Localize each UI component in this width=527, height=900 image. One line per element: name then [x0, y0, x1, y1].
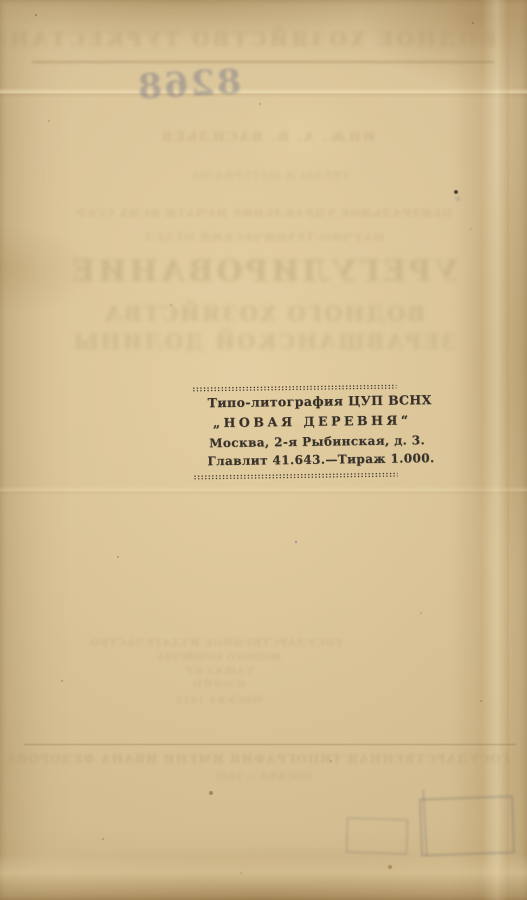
paper-specks	[0, 0, 2, 2]
bleedthrough-mid-line-2: ВОДНОГО ХОЗЯЙСТВА	[96, 653, 342, 663]
imprint-dotted-rule-bottom: ::::::::::::::::::::::::::::::::::::::::…	[194, 470, 398, 481]
bleedthrough-bottom-line-2: МОСКВА — 1925	[178, 772, 350, 783]
bleedthrough-bottom-line-1: ГОСУДАРСТВЕННАЯ ТИПОГРАФИЯ ИМЕНИ ИВАНА Ф…	[26, 752, 510, 766]
bleedthrough-author-line: ИНЖ. А. В. ВАСИЛЬЕВ	[115, 130, 420, 145]
bleedthrough-mid-line-3: ТАШКЕНТ	[96, 667, 342, 677]
bleedthrough-bottom-rule	[24, 744, 516, 745]
pencil-rectangle-mark-2	[345, 817, 408, 855]
paper-crease-top	[0, 88, 527, 98]
scanned-book-page: ВОДНОЕ ХОЗЯЙСТВО ТУРКЕСТАНА 8268 ИНЖ. А.…	[0, 0, 527, 900]
bleedthrough-title-line-2: ВОДНОГО ХОЗЯЙСТВА	[62, 301, 466, 326]
bleedthrough-top-rule	[32, 61, 494, 63]
imprint-printer-name: Типо-литография ЦУП ВСНХ	[192, 393, 396, 411]
paper-shadow-bottom	[0, 854, 527, 900]
bleedthrough-mid-line-5: МОСКВА 1925	[96, 696, 342, 706]
printer-imprint-block: ::::::::::::::::::::::::::::::::::::::::…	[192, 382, 397, 481]
imprint-dotted-rule-top: ::::::::::::::::::::::::::::::::::::::::…	[192, 382, 396, 393]
imprint-press-name: „НОВАЯ ДЕРЕВНЯ“	[193, 413, 397, 431]
bleedthrough-publisher-block: ГОСУДАРСТВЕННОЕ ИЗДАТЕЛЬСТВО ВОДНОГО ХОЗ…	[96, 638, 342, 706]
paper-fold-right	[449, 0, 509, 900]
bleedthrough-mid-line-4: (САОГИЗ)	[96, 680, 342, 690]
bleedthrough-series-line-1: ЦЕНТРАЛЬНОЕ УПРАВЛЕНИЕ ПЕЧАТИ ВСНХ СССР	[58, 207, 470, 220]
bleedthrough-top-header: ВОДНОЕ ХОЗЯЙСТВО ТУРКЕСТАНА	[30, 27, 497, 51]
library-stamp-showthrough: 8268	[125, 61, 252, 108]
bleedthrough-title-line-3: ЗЕРАВШАНСКОЙ ДОЛИНЫ	[62, 329, 466, 354]
imprint-address: Москва, 2-я Рыбинская, д. 3.	[193, 434, 397, 451]
bleedthrough-title-line-1: УРЕГУЛИРОВАНИЕ	[52, 254, 476, 289]
bleedthrough-small-line: ТРУДЫ И МАТЕРИАЛЫ	[165, 171, 375, 182]
imprint-glavlit-tirazh: Главлит 41.643.—Тираж 1.000.	[193, 452, 397, 469]
paper-crease-middle	[0, 486, 527, 496]
bleedthrough-series-line-2: НАУЧНО-ТЕХНИЧЕСКИЙ ОТДЕЛ	[108, 231, 420, 244]
pencil-rectangle-mark	[419, 795, 515, 856]
bleedthrough-mid-line-1: ГОСУДАРСТВЕННОЕ ИЗДАТЕЛЬСТВО	[96, 638, 342, 649]
